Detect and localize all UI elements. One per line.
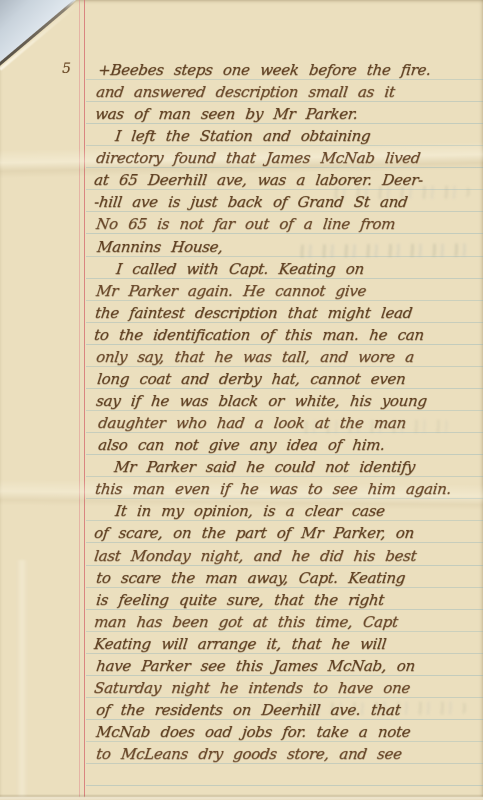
- handwritten-line: and answered description small as it: [95, 82, 396, 102]
- handwritten-line: to McLeans dry goods store, and see: [95, 744, 403, 764]
- handwritten-line: -hill ave is just back of Grand St and: [93, 192, 409, 212]
- handwritten-line: only say, that he was tall, and wore a: [95, 347, 415, 367]
- handwritten-line: this man even if he was to see him again…: [94, 479, 452, 499]
- handwritten-line: daughter who had a look at the man: [97, 413, 407, 433]
- notebook-page: 5 +Beebes steps one week before the fire…: [0, 0, 483, 800]
- handwritten-line: Mr Parker said he could not identify: [113, 457, 416, 477]
- handwritten-line: Keating will arrange it, that he will: [93, 634, 387, 654]
- page-bottom-edge: [0, 794, 483, 800]
- handwritten-line: No 65 is not far out of a line from: [95, 214, 396, 234]
- handwritten-line: McNab does oad jobs for. take a note: [95, 722, 412, 742]
- handwritten-line: I left the Station and obtaining: [114, 126, 372, 146]
- handwritten-line: have Parker see this James McNab, on: [95, 656, 416, 676]
- handwritten-line: to scare the man away, Capt. Keating: [95, 568, 406, 588]
- handwritten-line: say if he was black or white, his young: [95, 391, 428, 411]
- handwritten-line: I called with Capt. Keating on: [115, 259, 365, 279]
- handwritten-line: Mannins House,: [96, 237, 224, 257]
- handwritten-line: was of man seen by Mr Parker.: [94, 104, 359, 124]
- handwritten-line: also can not give any idea of him.: [97, 435, 386, 455]
- handwritten-line: +Beebes steps one week before the fire.: [97, 60, 432, 80]
- handwritten-line: is feeling quite sure, that the right: [95, 590, 385, 610]
- handwritten-line: to the identification of this man. he ca…: [93, 325, 425, 345]
- handwritten-line: of scare, on the part of Mr Parker, on: [93, 523, 415, 543]
- handwritten-line: long coat and derby hat, cannot even: [96, 369, 407, 389]
- handwritten-line: of the residents on Deerhill ave. that: [95, 700, 402, 720]
- handwritten-text-body: +Beebes steps one week before the fire.a…: [0, 0, 483, 800]
- handwritten-line: man has been got at this time, Capt: [93, 612, 399, 632]
- handwritten-line: Mr Parker again. He cannot give: [95, 281, 367, 301]
- handwritten-line: the faintest description that might lead: [94, 303, 413, 323]
- handwritten-line: directory found that James McNab lived: [95, 148, 421, 168]
- handwritten-line: at 65 Deerhill ave, was a laborer. Deer-: [93, 170, 424, 190]
- handwritten-line: It in my opinion, is a clear case: [114, 501, 386, 521]
- handwritten-line: last Monday night, and he did his best: [93, 546, 418, 566]
- handwritten-line: Saturday night he intends to have one: [93, 678, 411, 698]
